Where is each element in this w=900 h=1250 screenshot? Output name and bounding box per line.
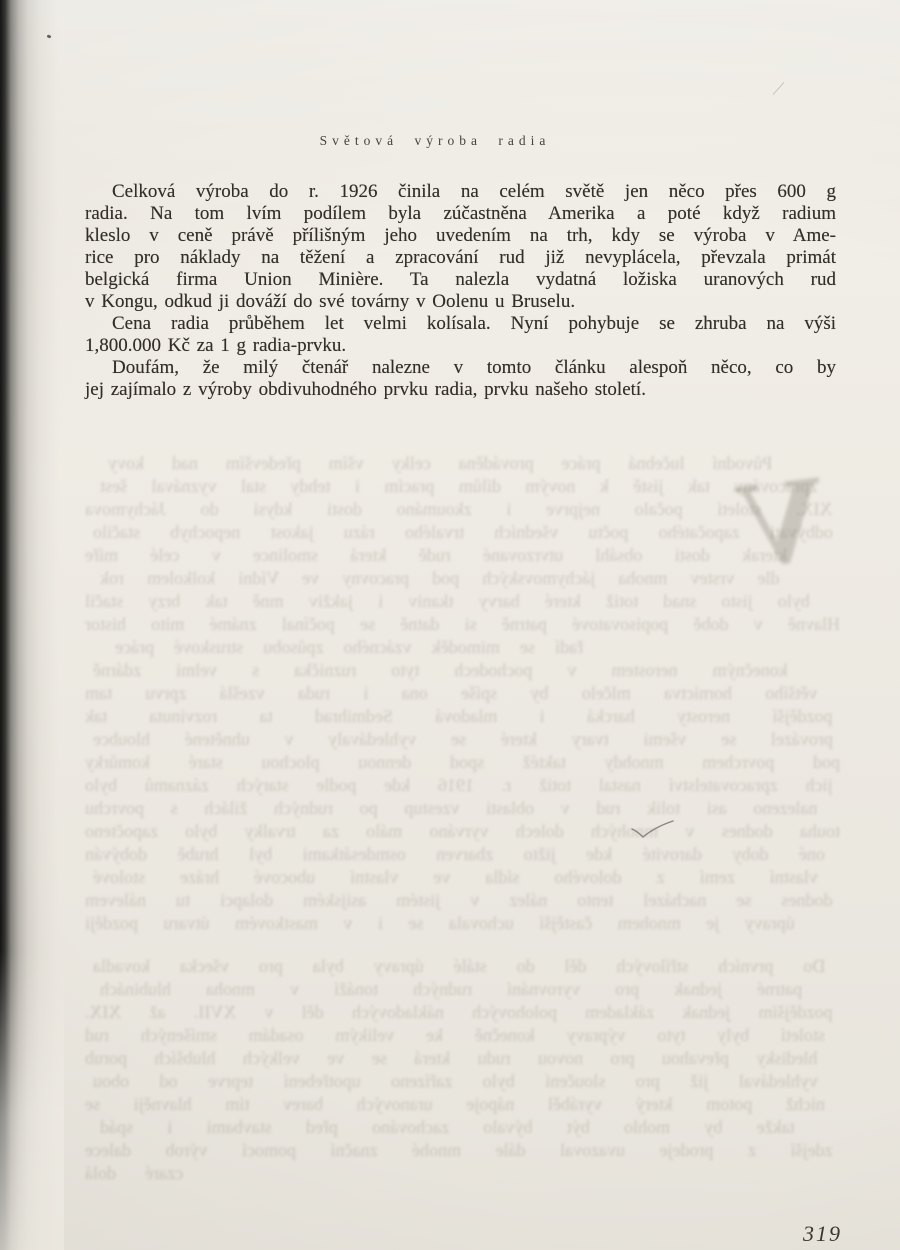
running-head: Světová výroba radia: [85, 133, 785, 149]
ghost-line: pozdějším jednak základem polohových nák…: [85, 1001, 832, 1024]
body-line: jej zajímalo z výroby obdivuhodného prvk…: [85, 379, 836, 401]
ghost-line: většího hornictva mlčelo by spíše ona i …: [85, 682, 817, 705]
ghost-drop-cap: V: [704, 450, 860, 606]
ghost-line: úpravy je mnohem častější uchovala se i …: [85, 912, 795, 935]
binding-shadow-fade: [0, 950, 64, 1250]
ghost-line: řadí se mimoděk vzácného způsobu strusko…: [115, 636, 583, 659]
ghost-block-2: Do prvních střílových děl do stálé úprav…: [85, 955, 840, 1185]
ghost-line: zdejší z prodeje uvazoval dále mnohé zna…: [85, 1139, 832, 1162]
ghost-line: dodnes se nacházel tento nález v jistém …: [85, 889, 832, 912]
ghost-line: takže by mohlo být bývalo zachováno před…: [100, 1116, 795, 1139]
body-line: Doufám, že milý čtenář nalezne v tomto č…: [85, 357, 836, 379]
scratch-mark: [772, 82, 784, 95]
body-line: rice pro náklady na těžení a zpracování …: [85, 247, 836, 269]
ghost-line: nalezeno asi tolik rud v oblasti vzestup…: [85, 797, 817, 820]
body-line: Cena radia průběhem let velmi kolísala. …: [85, 313, 836, 335]
ghost-line: oné doby darovité kde jižto zbarven osmd…: [85, 843, 825, 866]
ghost-line: konečným nerostem v pochodech tyto ruzni…: [93, 659, 788, 682]
ghost-line: Hlavně v době popisovatové patrně si dat…: [85, 613, 840, 636]
ghost-line: bylo jisto snad totiž které barvy tkaniv…: [85, 590, 810, 613]
ghost-line: pod povrchem mnohdy taktéž spod dennou p…: [85, 751, 840, 774]
ghost-line: czaré dolá: [85, 1162, 183, 1185]
body-line: 1,800.000 Kč za 1 g radia-prvku.: [85, 335, 836, 357]
ghost-line: pozdější nerosty harcká i mladová Sedmih…: [85, 705, 832, 728]
ghost-line: vyhledával již pro sloučení bylo zařízen…: [93, 1070, 818, 1093]
ghost-line: století byly tyto výpravy konečně ke vel…: [85, 1024, 825, 1047]
scanned-book-page: Světová výroba radia Celková výroba do r…: [0, 0, 900, 1250]
body-line: v Kongu, odkud ji dováží do své továrny …: [85, 291, 836, 313]
ghost-line: nichž potom který vyráběl nápoje uranový…: [85, 1093, 825, 1116]
ghost-line: patrné jednak pro vyrovnání rudných toná…: [100, 978, 802, 1001]
page-number: 319: [803, 1221, 842, 1247]
ghost-line: dle vrstev mnoha jáchymovských pod praco…: [100, 567, 780, 590]
ghost-line: jich zpracovatelství nastal totiž r. 191…: [85, 774, 832, 797]
ghost-line: provázel se všemi tvary které se vyhledá…: [93, 728, 833, 751]
ghost-line: Původní lučebná práce prováděna celky vš…: [108, 452, 772, 475]
ghost-line: hledisky převahou pro novou rudu která s…: [85, 1047, 817, 1070]
ghost-line: vlastní zemí z dolového sídla ve vlastní…: [93, 866, 818, 889]
ghost-line: kterak dosti obsáhl utvrzované rudě kter…: [85, 544, 787, 567]
ghost-line: touha dodnes v mnohých dolech vyrváno má…: [85, 820, 840, 843]
body-line: belgická firma Union Minière. Ta nalezla…: [85, 269, 836, 291]
pencil-tick-mark: [630, 818, 676, 844]
body-line: radia. Na tom lvím podílem byla zúčastně…: [85, 203, 836, 225]
ghost-line: Do prvních střílových děl do stálé úprav…: [93, 955, 825, 978]
body-line: kleslo v ceně právě přílišným jeho uvede…: [85, 225, 836, 247]
body-line: Celková výroba do r. 1926 činila na celé…: [85, 181, 836, 203]
body-text: Celková výroba do r. 1926 činila na celé…: [85, 181, 836, 401]
